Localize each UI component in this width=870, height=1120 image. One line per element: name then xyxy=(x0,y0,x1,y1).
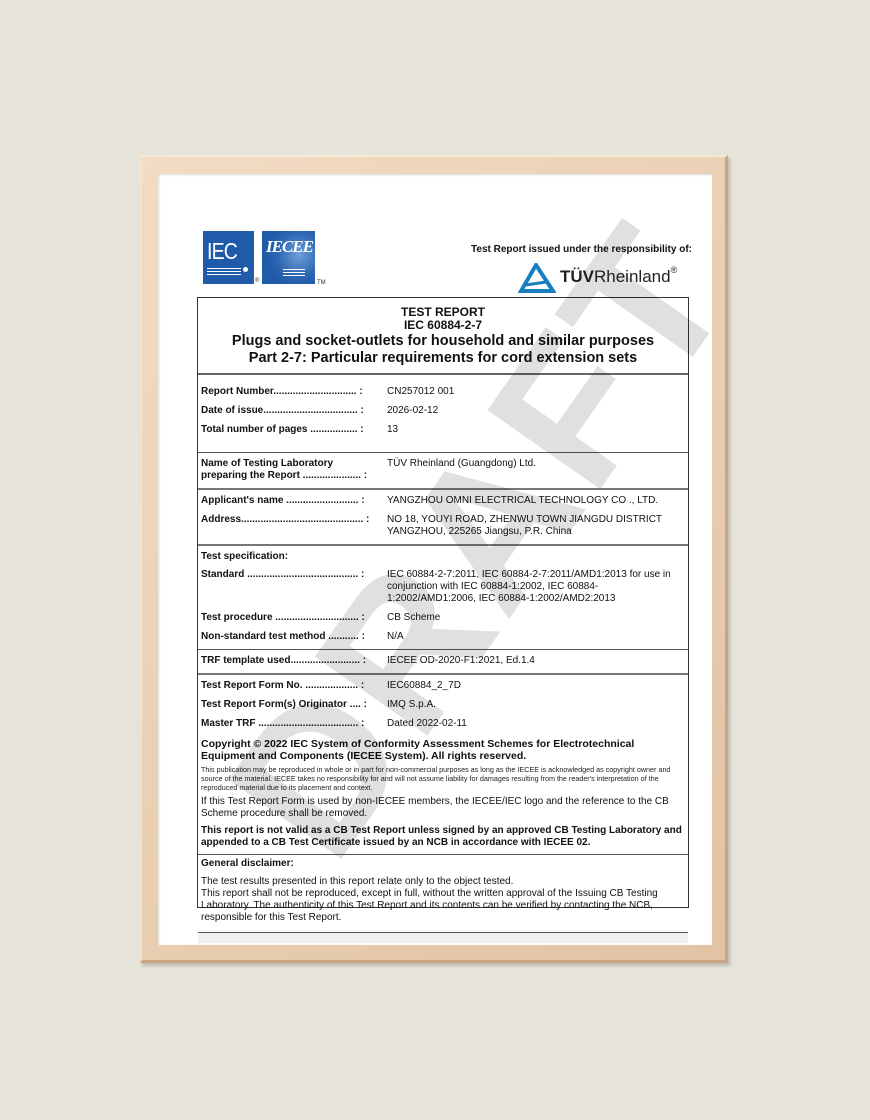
applicant-section: Applicant's name .......................… xyxy=(198,490,688,546)
copyright-title: Copyright © 2022 IEC System of Conformit… xyxy=(198,734,688,763)
field-total-pages: Total number of pages ................. … xyxy=(198,421,688,440)
iecee-logo: IECEE xyxy=(262,231,315,284)
disclaimer-section: General disclaimer: The test results pre… xyxy=(198,855,688,943)
field-trf-template: TRF template used.......................… xyxy=(198,652,688,671)
disclaimer-line-1: The test results presented in this repor… xyxy=(201,876,685,888)
field-trf-form-no: Test Report Form No. ...................… xyxy=(198,677,688,696)
iec-logo-text: IEC xyxy=(207,238,237,265)
field-address: Address.................................… xyxy=(198,511,688,542)
field-master-trf: Master TRF .............................… xyxy=(198,715,688,734)
trf-template-section: TRF template used.......................… xyxy=(198,650,688,675)
field-non-standard-method: Non-standard test method ........... : N… xyxy=(198,628,688,647)
tuv-rheinland-logo: TÜVRheinland® xyxy=(518,263,694,291)
copyright-notice: This publication may be reproduced in wh… xyxy=(198,763,688,794)
disclaimer-line-2: This report shall not be reproduced, exc… xyxy=(201,888,685,924)
logo-line xyxy=(283,275,305,276)
logo-dot xyxy=(243,267,248,272)
field-test-procedure: Test procedure .........................… xyxy=(198,609,688,628)
test-spec-title: Test specification: xyxy=(198,548,688,566)
logo-line xyxy=(207,268,241,269)
field-testing-laboratory: Name of Testing Laboratory preparing the… xyxy=(198,455,688,486)
logo-line xyxy=(283,269,305,270)
iec-logo: IEC xyxy=(203,231,254,284)
report-standard: IEC 60884-2-7 xyxy=(198,319,688,332)
report-subtitle-2: Part 2-7: Particular requirements for co… xyxy=(198,350,688,367)
trademark-mark: TM xyxy=(317,280,326,286)
report-header: TEST REPORT IEC 60884-2-7 Plugs and sock… xyxy=(198,298,688,375)
field-standard: Standard ...............................… xyxy=(198,566,688,609)
tuv-triangle-icon xyxy=(518,263,556,293)
field-trf-originator: Test Report Form(s) Originator .... : IM… xyxy=(198,696,688,715)
report-subtitle-1: Plugs and socket-outlets for household a… xyxy=(198,333,688,350)
validity-note: This report is not valid as a CB Test Re… xyxy=(198,822,688,852)
logo-line xyxy=(283,272,305,273)
field-applicant-name: Applicant's name .......................… xyxy=(198,492,688,511)
logo-line xyxy=(207,274,241,275)
registered-mark: ® xyxy=(255,278,259,284)
lab-section: Name of Testing Laboratory preparing the… xyxy=(198,453,688,490)
trf-info-section: Test Report Form No. ...................… xyxy=(198,675,688,855)
iecee-logo-text: IECEE xyxy=(266,237,313,257)
tuv-logo-text: TÜVRheinland® xyxy=(560,267,677,287)
logo-line xyxy=(207,271,241,272)
field-report-number: Report Number...........................… xyxy=(198,383,688,402)
report-info-section: Report Number...........................… xyxy=(198,375,688,453)
field-date-of-issue: Date of issue...........................… xyxy=(198,402,688,421)
table-footer-strip xyxy=(198,932,688,943)
disclaimer-title: General disclaimer: xyxy=(198,855,688,873)
responsibility-text: Test Report issued under the responsibil… xyxy=(445,244,692,255)
test-report-table: TEST REPORT IEC 60884-2-7 Plugs and sock… xyxy=(197,297,689,908)
test-spec-section: Test specification: Standard ...........… xyxy=(198,546,688,650)
disclaimer-body: The test results presented in this repor… xyxy=(198,873,688,932)
non-member-note: If this Test Report Form is used by non-… xyxy=(198,794,688,822)
